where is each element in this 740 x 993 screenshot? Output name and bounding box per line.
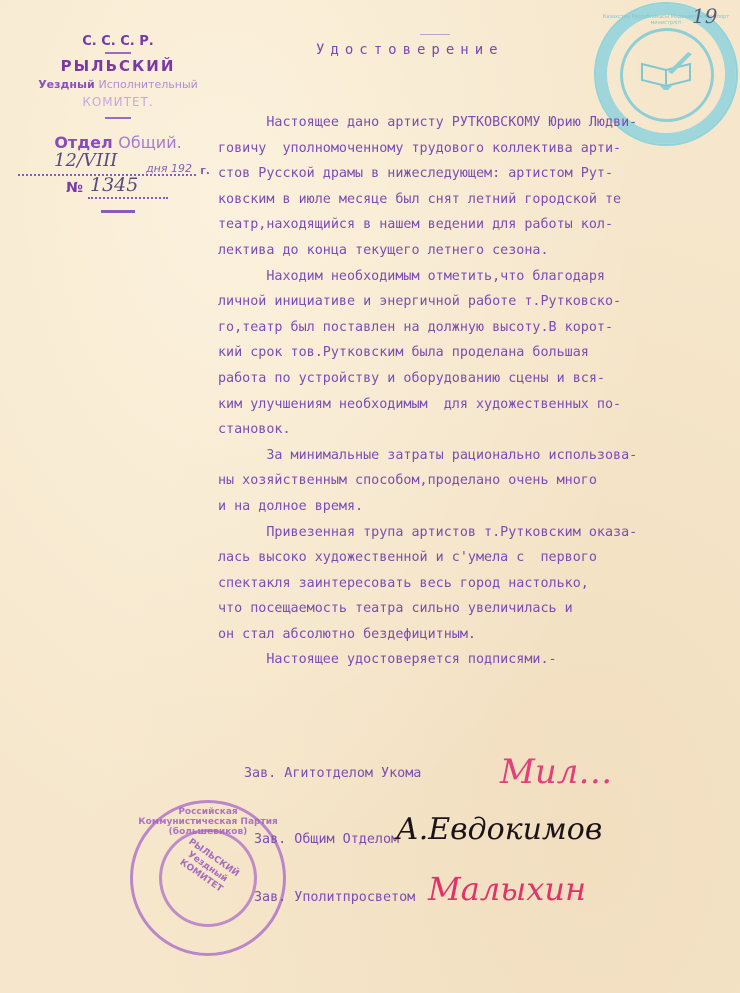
divider xyxy=(420,34,450,35)
text-line: кий срок тов.Рутковским была проделана б… xyxy=(218,340,723,366)
signature-politprosvet: Малыхин xyxy=(428,870,586,908)
dotted-line xyxy=(88,197,168,199)
text-line: ны хозяйственным способом,проделано очен… xyxy=(218,468,723,494)
letterhead-department: Отдел Общий. xyxy=(18,133,218,152)
text-line: Настоящее удостоверяется подписями.- xyxy=(218,647,723,673)
book-and-quill-icon xyxy=(638,50,694,90)
letterhead-committee: Уездный Исполнительный xyxy=(18,78,218,91)
letterhead-county: РЫЛЬСКИЙ xyxy=(18,57,218,75)
signature-title-general: Зав. Общим Отделом xyxy=(254,832,399,847)
text-line: что посещаемость театра сильно увеличила… xyxy=(218,596,723,622)
text-line: работа по устройству и оборудованию сцен… xyxy=(218,366,723,392)
text-line: говичу уполномоченному трудового коллект… xyxy=(218,136,723,162)
party-stamp: Российская Коммунистическая Партия (боль… xyxy=(130,800,286,956)
text-line: ким улучшениям необходимым для художеств… xyxy=(218,392,723,418)
text-line: личной инициативе и энергичной работе т.… xyxy=(218,289,723,315)
date-suffix: дня 192 xyxy=(146,162,192,175)
text-line: Находим необходимым отметить,что благода… xyxy=(218,264,723,290)
text-line: го,театр был поставлен на должную высоту… xyxy=(218,315,723,341)
number-label: № xyxy=(66,180,83,196)
divider xyxy=(101,210,135,213)
text-line: он стал абсолютно бездефицитным. xyxy=(218,622,723,648)
divider xyxy=(105,52,131,54)
text-line: Привезенная трупа артистов т.Рутковским … xyxy=(218,520,723,546)
signature-agit: Мил… xyxy=(500,752,612,792)
text-line: спектакля заинтересовать весь город наст… xyxy=(218,571,723,597)
handwritten-number: 1345 xyxy=(90,174,138,196)
letterhead-number: № 1345 xyxy=(18,180,218,204)
signature-title-politprosvet: Зав. Уполитпросветом xyxy=(254,890,415,905)
signature-title-agit: Зав. Агитотделом Укома xyxy=(244,766,421,781)
text-line: стов Русской драмы в нижеследующем: арти… xyxy=(218,161,723,187)
letterhead-committee-word: КОМИТЕТ. xyxy=(18,95,218,109)
signature-general: А.Евдокимов xyxy=(396,812,602,847)
text-line: театр,находящийся в нашем ведении для ра… xyxy=(218,212,723,238)
divider xyxy=(105,117,131,119)
text-line: лась высоко художественной и с'умела с п… xyxy=(218,545,723,571)
handwritten-date: 12/VIII xyxy=(54,150,117,171)
document-body: Настоящее дано артисту РУТКОВСКОМУ Юрию … xyxy=(218,110,723,673)
folio-number: 19 xyxy=(692,4,717,28)
committee-bold: Уездный xyxy=(38,78,94,91)
text-line: За минимальные затраты рационально испол… xyxy=(218,443,723,469)
date-mark: г. xyxy=(200,164,210,177)
letterhead: С. С. С. Р. РЫЛЬСКИЙ Уездный Исполнитель… xyxy=(18,30,218,213)
department-light: Общий. xyxy=(118,133,181,152)
text-line: Настоящее дано артисту РУТКОВСКОМУ Юрию … xyxy=(218,110,723,136)
letterhead-country: С. С. С. Р. xyxy=(18,34,218,49)
committee-light: Исполнительный xyxy=(99,78,198,91)
text-line: ковским в июле месяце был снят летний го… xyxy=(218,187,723,213)
text-line: становок. xyxy=(218,417,723,443)
text-line: и на долное время. xyxy=(218,494,723,520)
text-line: лектива до конца текущего летнего сезона… xyxy=(218,238,723,264)
document-title: Удостоверение xyxy=(316,42,504,58)
